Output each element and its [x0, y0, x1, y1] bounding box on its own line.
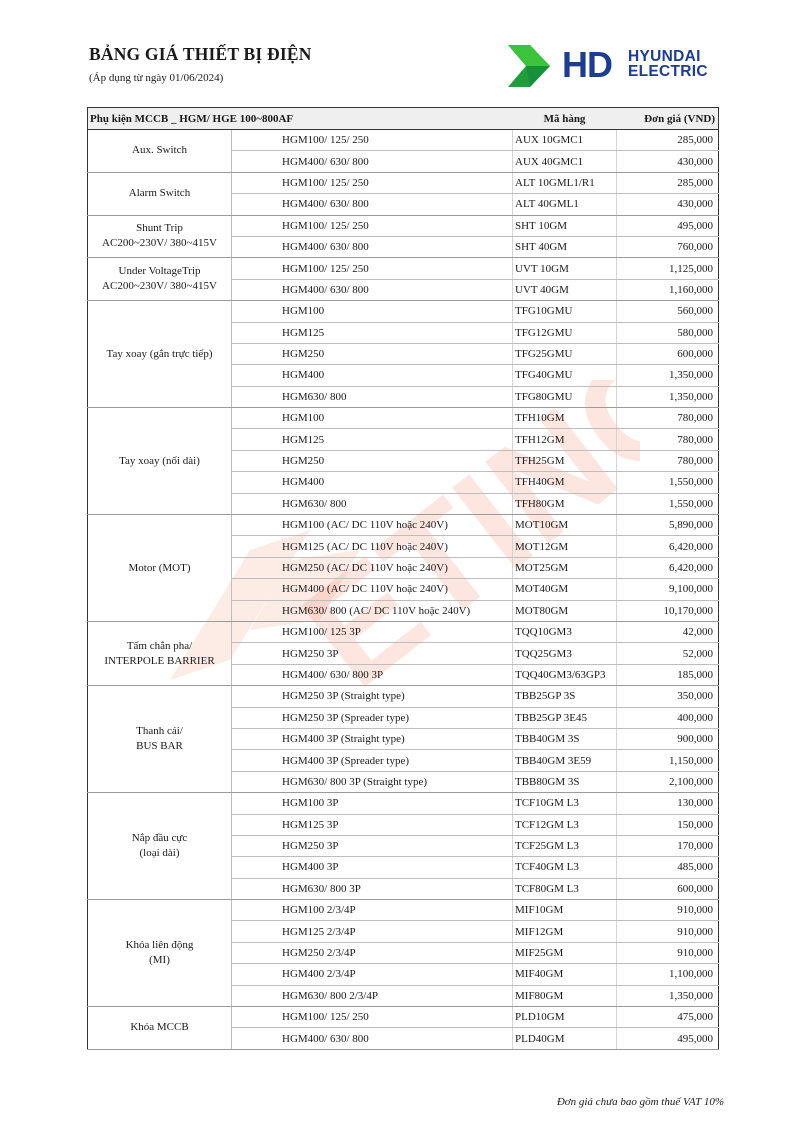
model-cell: HGM100 3P: [232, 793, 513, 814]
model-cell: HGM100/ 125/ 250: [232, 258, 513, 279]
price-cell: 6,420,000: [617, 557, 719, 578]
price-cell: 495,000: [617, 1028, 719, 1049]
code-cell: TQQ10GM3: [513, 621, 617, 642]
group-name-line: Motor (MOT): [88, 561, 231, 576]
group-name: Tay xoay (nối dài): [88, 408, 232, 515]
model-cell: HGM125 (AC/ DC 110V hoặc 240V): [232, 536, 513, 557]
price-cell: 10,170,000: [617, 600, 719, 621]
logo-brand-line2: ELECTRIC: [628, 64, 708, 79]
price-cell: 9,100,000: [617, 579, 719, 600]
price-cell: 600,000: [617, 878, 719, 899]
price-cell: 170,000: [617, 835, 719, 856]
table-row: Nắp đầu cực(loại dài)HGM100 3PTCF10GM L3…: [88, 793, 719, 814]
code-cell: SHT 10GM: [513, 215, 617, 236]
table-header-row: Phụ kiện MCCB _ HGM/ HGE 100~800AF Mã hà…: [88, 108, 719, 130]
code-cell: MIF25GM: [513, 942, 617, 963]
model-cell: HGM400 2/3/4P: [232, 964, 513, 985]
price-cell: 42,000: [617, 621, 719, 642]
price-cell: 285,000: [617, 130, 719, 151]
price-cell: 1,160,000: [617, 279, 719, 300]
group-name-line: Thanh cái/: [88, 724, 231, 739]
table-row: Motor (MOT)HGM100 (AC/ DC 110V hoặc 240V…: [88, 515, 719, 536]
price-cell: 430,000: [617, 194, 719, 215]
model-cell: HGM400/ 630/ 800: [232, 1028, 513, 1049]
table-row: Under VoltageTripAC200~230V/ 380~415VHGM…: [88, 258, 719, 279]
price-table: Phụ kiện MCCB _ HGM/ HGE 100~800AF Mã hà…: [87, 107, 719, 1050]
code-cell: TCF80GM L3: [513, 878, 617, 899]
code-cell: PLD10GM: [513, 1007, 617, 1028]
code-cell: TBB40GM 3E59: [513, 750, 617, 771]
price-cell: 1,550,000: [617, 472, 719, 493]
code-cell: MOT40GM: [513, 579, 617, 600]
price-cell: 495,000: [617, 215, 719, 236]
logo-brand-text: HYUNDAI ELECTRIC: [628, 49, 708, 79]
group-name-line: Khóa liên động: [88, 938, 231, 953]
model-cell: HGM100/ 125/ 250: [232, 130, 513, 151]
code-cell: TFG80GMU: [513, 386, 617, 407]
model-cell: HGM400/ 630/ 800: [232, 151, 513, 172]
group-name: Khóa MCCB: [88, 1007, 232, 1050]
model-cell: HGM630/ 800: [232, 386, 513, 407]
price-cell: 150,000: [617, 814, 719, 835]
code-cell: ALT 10GML1/R1: [513, 172, 617, 193]
group-name: Shunt TripAC200~230V/ 380~415V: [88, 215, 232, 258]
price-cell: 475,000: [617, 1007, 719, 1028]
code-cell: TFH25GM: [513, 450, 617, 471]
code-cell: AUX 10GMC1: [513, 130, 617, 151]
model-cell: HGM630/ 800 3P (Straight type): [232, 771, 513, 792]
code-cell: MIF12GM: [513, 921, 617, 942]
code-cell: TQQ25GM3: [513, 643, 617, 664]
code-cell: TFH12GM: [513, 429, 617, 450]
model-cell: HGM400/ 630/ 800: [232, 194, 513, 215]
hd-hyundai-electric-logo: HD HYUNDAI ELECTRIC: [506, 44, 716, 88]
group-name: Tay xoay (gắn trực tiếp): [88, 301, 232, 408]
model-cell: HGM100/ 125/ 250: [232, 172, 513, 193]
price-cell: 5,890,000: [617, 515, 719, 536]
code-cell: TFG25GMU: [513, 343, 617, 364]
price-cell: 760,000: [617, 236, 719, 257]
code-cell: TCF12GM L3: [513, 814, 617, 835]
code-cell: TFG10GMU: [513, 301, 617, 322]
model-cell: HGM400 3P (Spreader type): [232, 750, 513, 771]
group-name: Nắp đầu cực(loại dài): [88, 793, 232, 900]
code-cell: TFG12GMU: [513, 322, 617, 343]
price-cell: 485,000: [617, 857, 719, 878]
model-cell: HGM250: [232, 450, 513, 471]
group-name-line: AC200~230V/ 380~415V: [88, 279, 231, 294]
table-row: Tay xoay (nối dài)HGM100TFH10GM780,000: [88, 408, 719, 429]
code-cell: TFG40GMU: [513, 365, 617, 386]
price-cell: 2,100,000: [617, 771, 719, 792]
column-header-product: Phụ kiện MCCB _ HGM/ HGE 100~800AF: [88, 108, 513, 130]
code-cell: TCF10GM L3: [513, 793, 617, 814]
code-cell: AUX 40GMC1: [513, 151, 617, 172]
price-cell: 52,000: [617, 643, 719, 664]
model-cell: HGM100/ 125/ 250: [232, 215, 513, 236]
effective-date: (Áp dụng từ ngày 01/06/2024): [89, 72, 223, 84]
model-cell: HGM100 2/3/4P: [232, 900, 513, 921]
model-cell: HGM400/ 630/ 800 3P: [232, 664, 513, 685]
code-cell: MIF80GM: [513, 985, 617, 1006]
code-cell: TBB25GP 3S: [513, 686, 617, 707]
code-cell: MIF10GM: [513, 900, 617, 921]
code-cell: MOT12GM: [513, 536, 617, 557]
code-cell: UVT 10GM: [513, 258, 617, 279]
group-name-line: Tay xoay (nối dài): [88, 454, 231, 469]
table-row: Shunt TripAC200~230V/ 380~415VHGM100/ 12…: [88, 215, 719, 236]
price-cell: 350,000: [617, 686, 719, 707]
code-cell: PLD40GM: [513, 1028, 617, 1049]
model-cell: HGM250 3P (Spreader type): [232, 707, 513, 728]
price-cell: 780,000: [617, 408, 719, 429]
price-cell: 285,000: [617, 172, 719, 193]
logo-hd-mark: HD: [562, 43, 612, 87]
code-cell: TBB25GP 3E45: [513, 707, 617, 728]
model-cell: HGM250 3P: [232, 835, 513, 856]
model-cell: HGM250 3P (Straight type): [232, 686, 513, 707]
model-cell: HGM100 (AC/ DC 110V hoặc 240V): [232, 515, 513, 536]
price-cell: 1,350,000: [617, 985, 719, 1006]
group-name-line: Khóa MCCB: [88, 1020, 231, 1035]
model-cell: HGM630/ 800 3P: [232, 878, 513, 899]
price-cell: 1,350,000: [617, 386, 719, 407]
model-cell: HGM400 3P (Straight type): [232, 728, 513, 749]
price-cell: 900,000: [617, 728, 719, 749]
price-cell: 580,000: [617, 322, 719, 343]
price-cell: 430,000: [617, 151, 719, 172]
model-cell: HGM400: [232, 365, 513, 386]
model-cell: HGM400: [232, 472, 513, 493]
code-cell: TFH10GM: [513, 408, 617, 429]
price-cell: 780,000: [617, 429, 719, 450]
model-cell: HGM100: [232, 408, 513, 429]
group-name: Under VoltageTripAC200~230V/ 380~415V: [88, 258, 232, 301]
group-name-line: Nắp đầu cực: [88, 831, 231, 846]
model-cell: HGM100: [232, 301, 513, 322]
model-cell: HGM400/ 630/ 800: [232, 236, 513, 257]
group-name-line: Aux. Switch: [88, 143, 231, 158]
group-name: Thanh cái/BUS BAR: [88, 686, 232, 793]
group-name-line: Tấm chắn pha/: [88, 639, 231, 654]
code-cell: TFH80GM: [513, 493, 617, 514]
group-name: Alarm Switch: [88, 172, 232, 215]
column-header-price: Đơn giá (VND): [617, 108, 719, 130]
model-cell: HGM250 2/3/4P: [232, 942, 513, 963]
model-cell: HGM630/ 800 2/3/4P: [232, 985, 513, 1006]
group-name: Khóa liên động(MI): [88, 900, 232, 1007]
model-cell: HGM400 3P: [232, 857, 513, 878]
model-cell: HGM250 3P: [232, 643, 513, 664]
model-cell: HGM125 2/3/4P: [232, 921, 513, 942]
model-cell: HGM400/ 630/ 800: [232, 279, 513, 300]
group-name-line: Shunt Trip: [88, 221, 231, 236]
code-cell: UVT 40GM: [513, 279, 617, 300]
chevron-logo-icon: [506, 44, 552, 88]
table-row: Tay xoay (gắn trực tiếp)HGM100TFG10GMU56…: [88, 301, 719, 322]
model-cell: HGM400 (AC/ DC 110V hoặc 240V): [232, 579, 513, 600]
code-cell: TCF40GM L3: [513, 857, 617, 878]
price-cell: 600,000: [617, 343, 719, 364]
table-row: Thanh cái/BUS BARHGM250 3P (Straight typ…: [88, 686, 719, 707]
code-cell: MIF40GM: [513, 964, 617, 985]
document-title: BẢNG GIÁ THIẾT BỊ ĐIỆN: [89, 44, 312, 65]
model-cell: HGM250 (AC/ DC 110V hoặc 240V): [232, 557, 513, 578]
price-cell: 910,000: [617, 942, 719, 963]
group-name-line: (MI): [88, 953, 231, 968]
vat-note: Đơn giá chưa bao gồm thuế VAT 10%: [557, 1096, 724, 1108]
group-name-line: (loại dài): [88, 846, 231, 861]
code-cell: MOT80GM: [513, 600, 617, 621]
price-cell: 185,000: [617, 664, 719, 685]
price-cell: 130,000: [617, 793, 719, 814]
group-name-line: Tay xoay (gắn trực tiếp): [88, 347, 231, 362]
price-cell: 1,125,000: [617, 258, 719, 279]
code-cell: TBB40GM 3S: [513, 728, 617, 749]
price-cell: 400,000: [617, 707, 719, 728]
table-row: Aux. SwitchHGM100/ 125/ 250AUX 10GMC1285…: [88, 130, 719, 151]
code-cell: ALT 40GML1: [513, 194, 617, 215]
group-name: Tấm chắn pha/INTERPOLE BARRIER: [88, 621, 232, 685]
price-cell: 1,550,000: [617, 493, 719, 514]
model-cell: HGM630/ 800: [232, 493, 513, 514]
price-cell: 910,000: [617, 900, 719, 921]
price-cell: 6,420,000: [617, 536, 719, 557]
code-cell: MOT25GM: [513, 557, 617, 578]
model-cell: HGM100/ 125/ 250: [232, 1007, 513, 1028]
code-cell: TFH40GM: [513, 472, 617, 493]
price-cell: 1,100,000: [617, 964, 719, 985]
model-cell: HGM125: [232, 429, 513, 450]
code-cell: TQQ40GM3/63GP3: [513, 664, 617, 685]
group-name-line: Under VoltageTrip: [88, 264, 231, 279]
price-cell: 1,350,000: [617, 365, 719, 386]
group-name: Aux. Switch: [88, 130, 232, 173]
logo-brand-line1: HYUNDAI: [628, 49, 708, 64]
group-name-line: INTERPOLE BARRIER: [88, 654, 231, 669]
code-cell: TCF25GM L3: [513, 835, 617, 856]
code-cell: TBB80GM 3S: [513, 771, 617, 792]
group-name-line: AC200~230V/ 380~415V: [88, 236, 231, 251]
price-cell: 780,000: [617, 450, 719, 471]
model-cell: HGM100/ 125 3P: [232, 621, 513, 642]
table-row: Khóa liên động(MI)HGM100 2/3/4PMIF10GM91…: [88, 900, 719, 921]
model-cell: HGM630/ 800 (AC/ DC 110V hoặc 240V): [232, 600, 513, 621]
price-cell: 560,000: [617, 301, 719, 322]
group-name-line: Alarm Switch: [88, 186, 231, 201]
table-row: Tấm chắn pha/INTERPOLE BARRIERHGM100/ 12…: [88, 621, 719, 642]
model-cell: HGM125 3P: [232, 814, 513, 835]
code-cell: SHT 40GM: [513, 236, 617, 257]
column-header-code: Mã hàng: [513, 108, 617, 130]
model-cell: HGM125: [232, 322, 513, 343]
table-row: Alarm SwitchHGM100/ 125/ 250ALT 10GML1/R…: [88, 172, 719, 193]
group-name-line: BUS BAR: [88, 739, 231, 754]
price-cell: 1,150,000: [617, 750, 719, 771]
price-cell: 910,000: [617, 921, 719, 942]
table-row: Khóa MCCBHGM100/ 125/ 250PLD10GM475,000: [88, 1007, 719, 1028]
code-cell: MOT10GM: [513, 515, 617, 536]
model-cell: HGM250: [232, 343, 513, 364]
group-name: Motor (MOT): [88, 515, 232, 622]
